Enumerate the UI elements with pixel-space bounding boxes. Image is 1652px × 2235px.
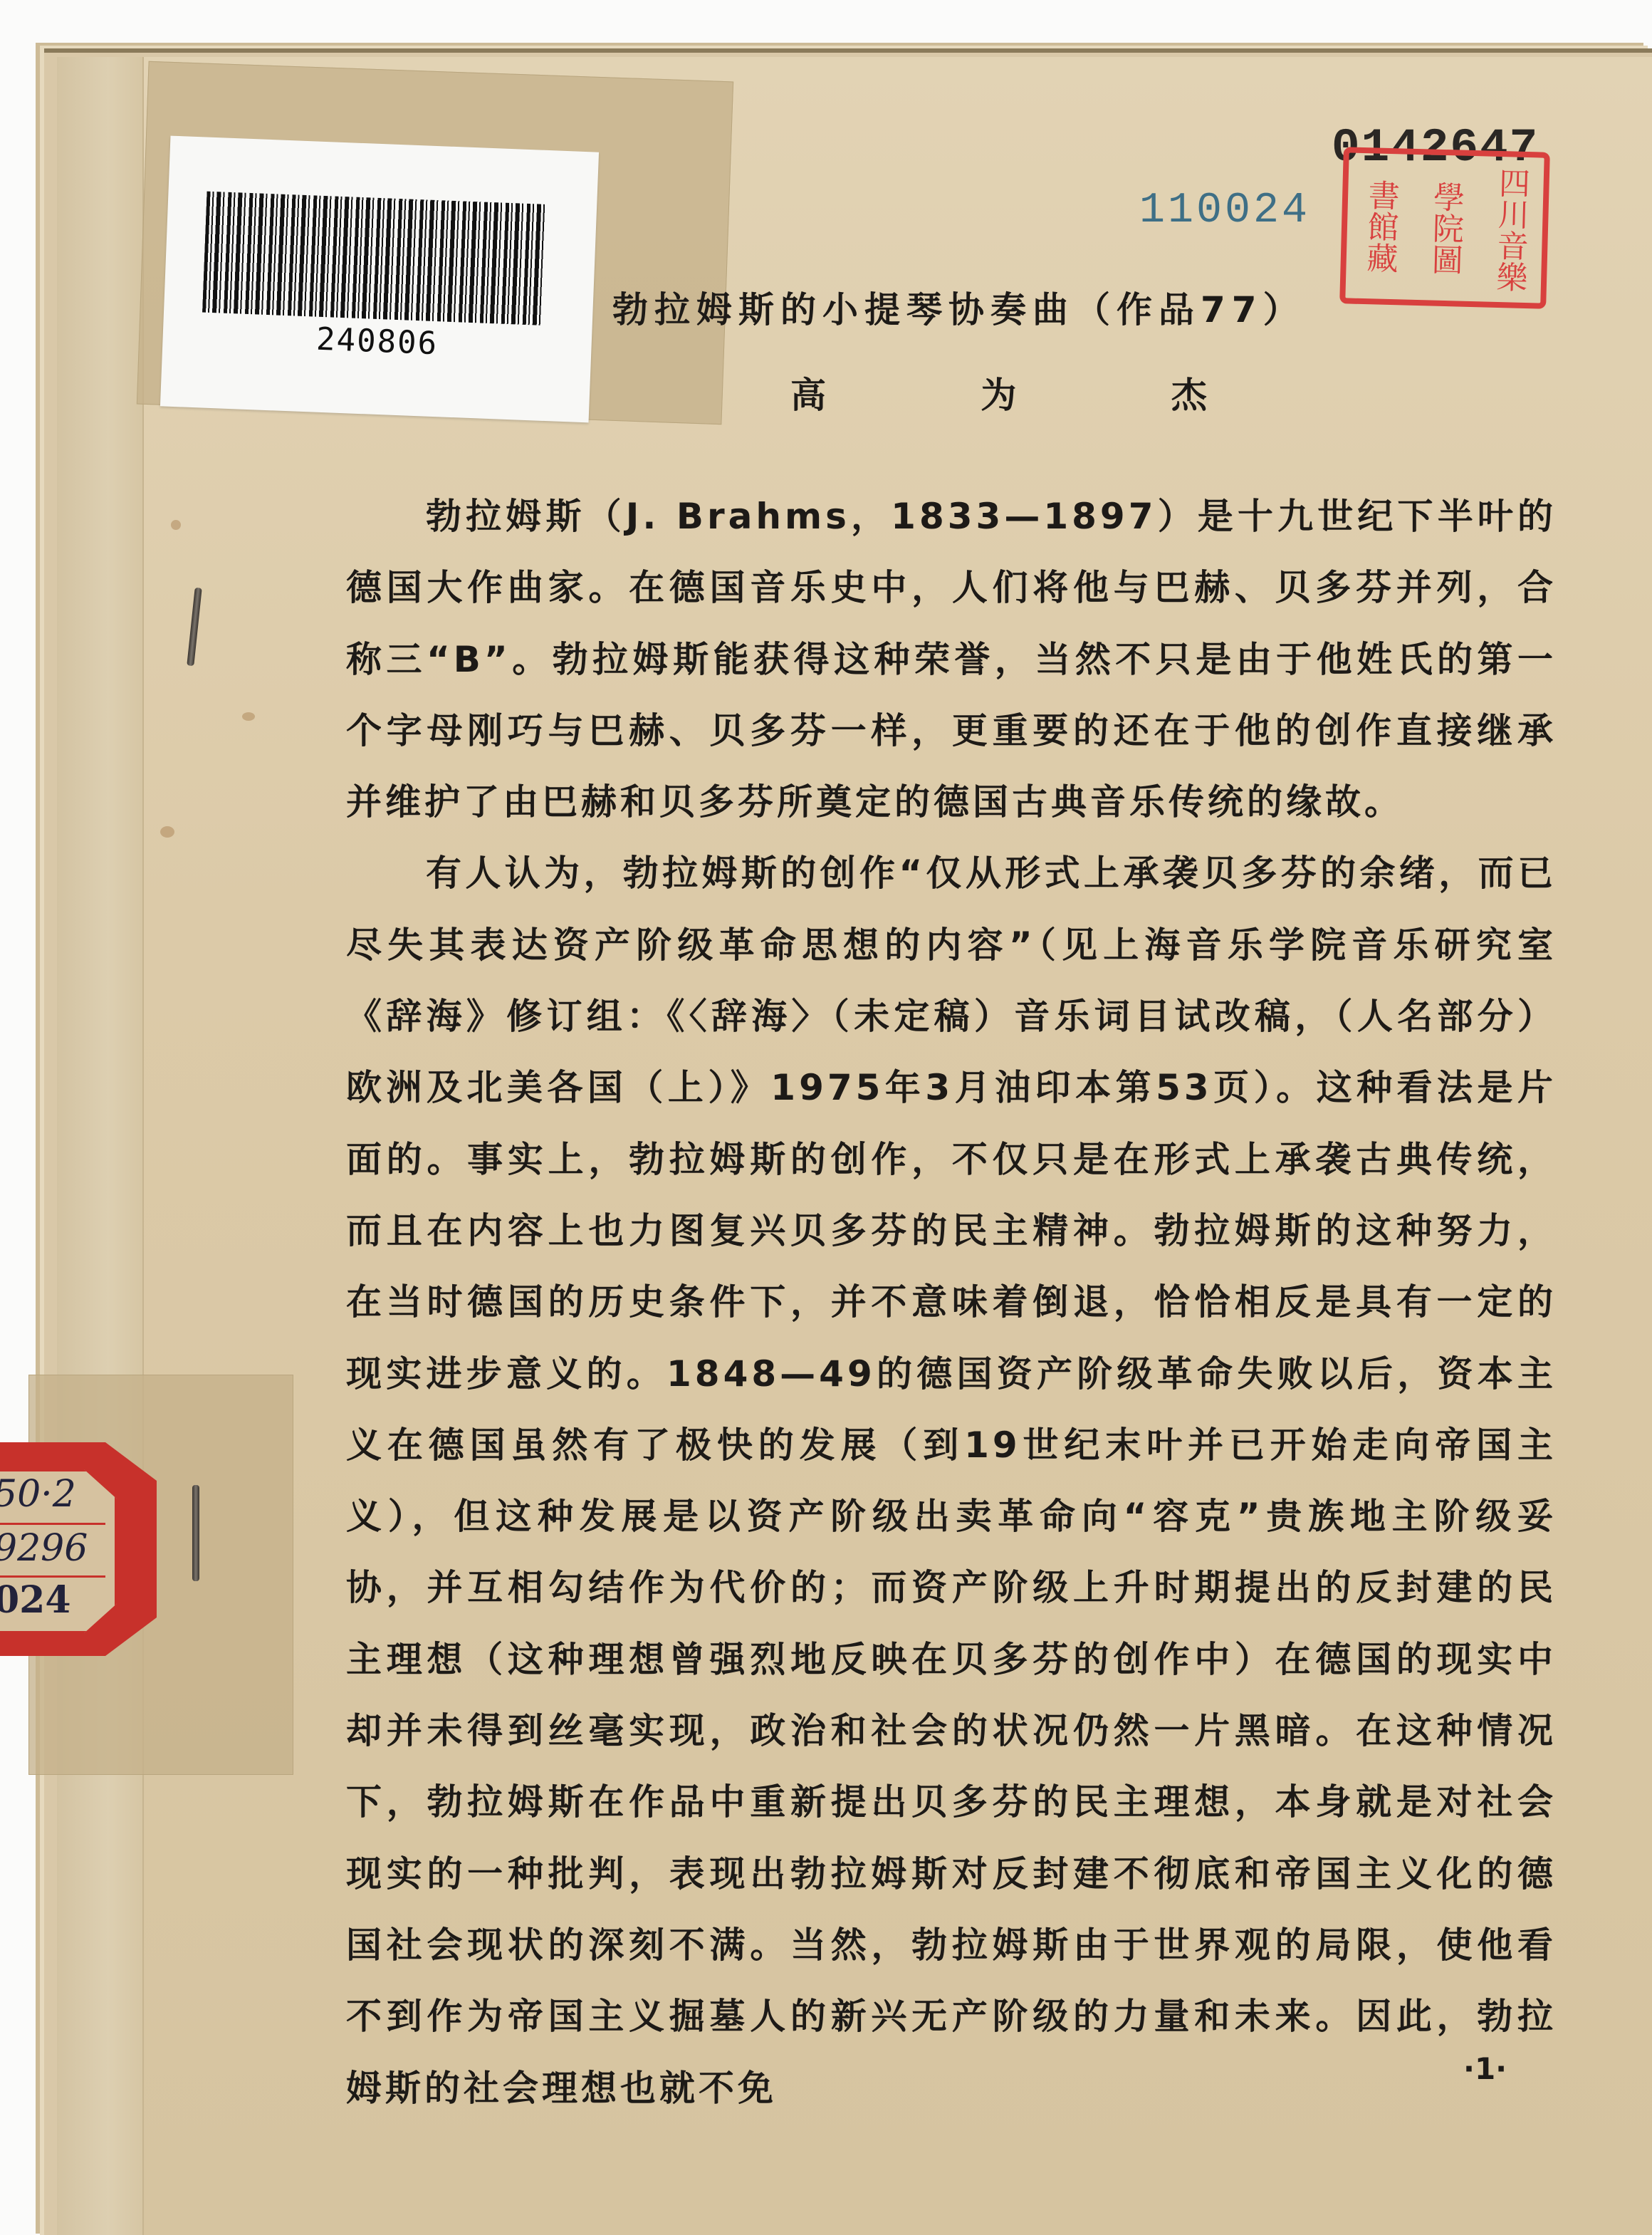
staple-icon [192,1485,199,1581]
call-number-label: 50·2 9296 024 [0,1442,157,1656]
stain [160,826,174,838]
document-author: 高 为 杰 [790,367,1278,418]
stain [171,520,181,530]
barcode-icon [202,192,547,325]
seal-column: 書館藏 [1359,179,1401,273]
call-number-label-inner: 50·2 9296 024 [0,1469,117,1633]
seal-column: 學院圖 [1423,180,1465,275]
library-seal-stamp: 四川音樂 學院圖 書館藏 [1339,147,1550,309]
call-number-line: 50·2 [0,1473,76,1524]
seal-column: 四川音樂 [1488,167,1532,293]
call-label-rule [0,1523,105,1525]
paragraph: 勃拉姆斯（J. Brahms，1833—1897）是十九世纪下半叶的德国大作曲家… [346,481,1557,838]
stain [242,712,255,721]
call-number-line: 9296 [0,1527,88,1578]
document-title: 勃拉姆斯的小提琴协奏曲（作品77） [612,281,1305,333]
accession-number-blue: 110024 [1139,187,1310,235]
paragraph: 有人认为，勃拉姆斯的创作“仅从形式上承袭贝多芬的余绪，而已尽失其表达资产阶级革命… [346,838,1557,2123]
call-label-rule [0,1575,105,1578]
barcode-label: 240806 [160,136,599,423]
call-number-line: 024 [0,1578,71,1630]
page-number: ·1· [1463,2051,1507,2086]
binding-strip [57,57,144,2235]
document-body: 勃拉姆斯（J. Brahms，1833—1897）是十九世纪下半叶的德国大作曲家… [346,481,1557,2124]
